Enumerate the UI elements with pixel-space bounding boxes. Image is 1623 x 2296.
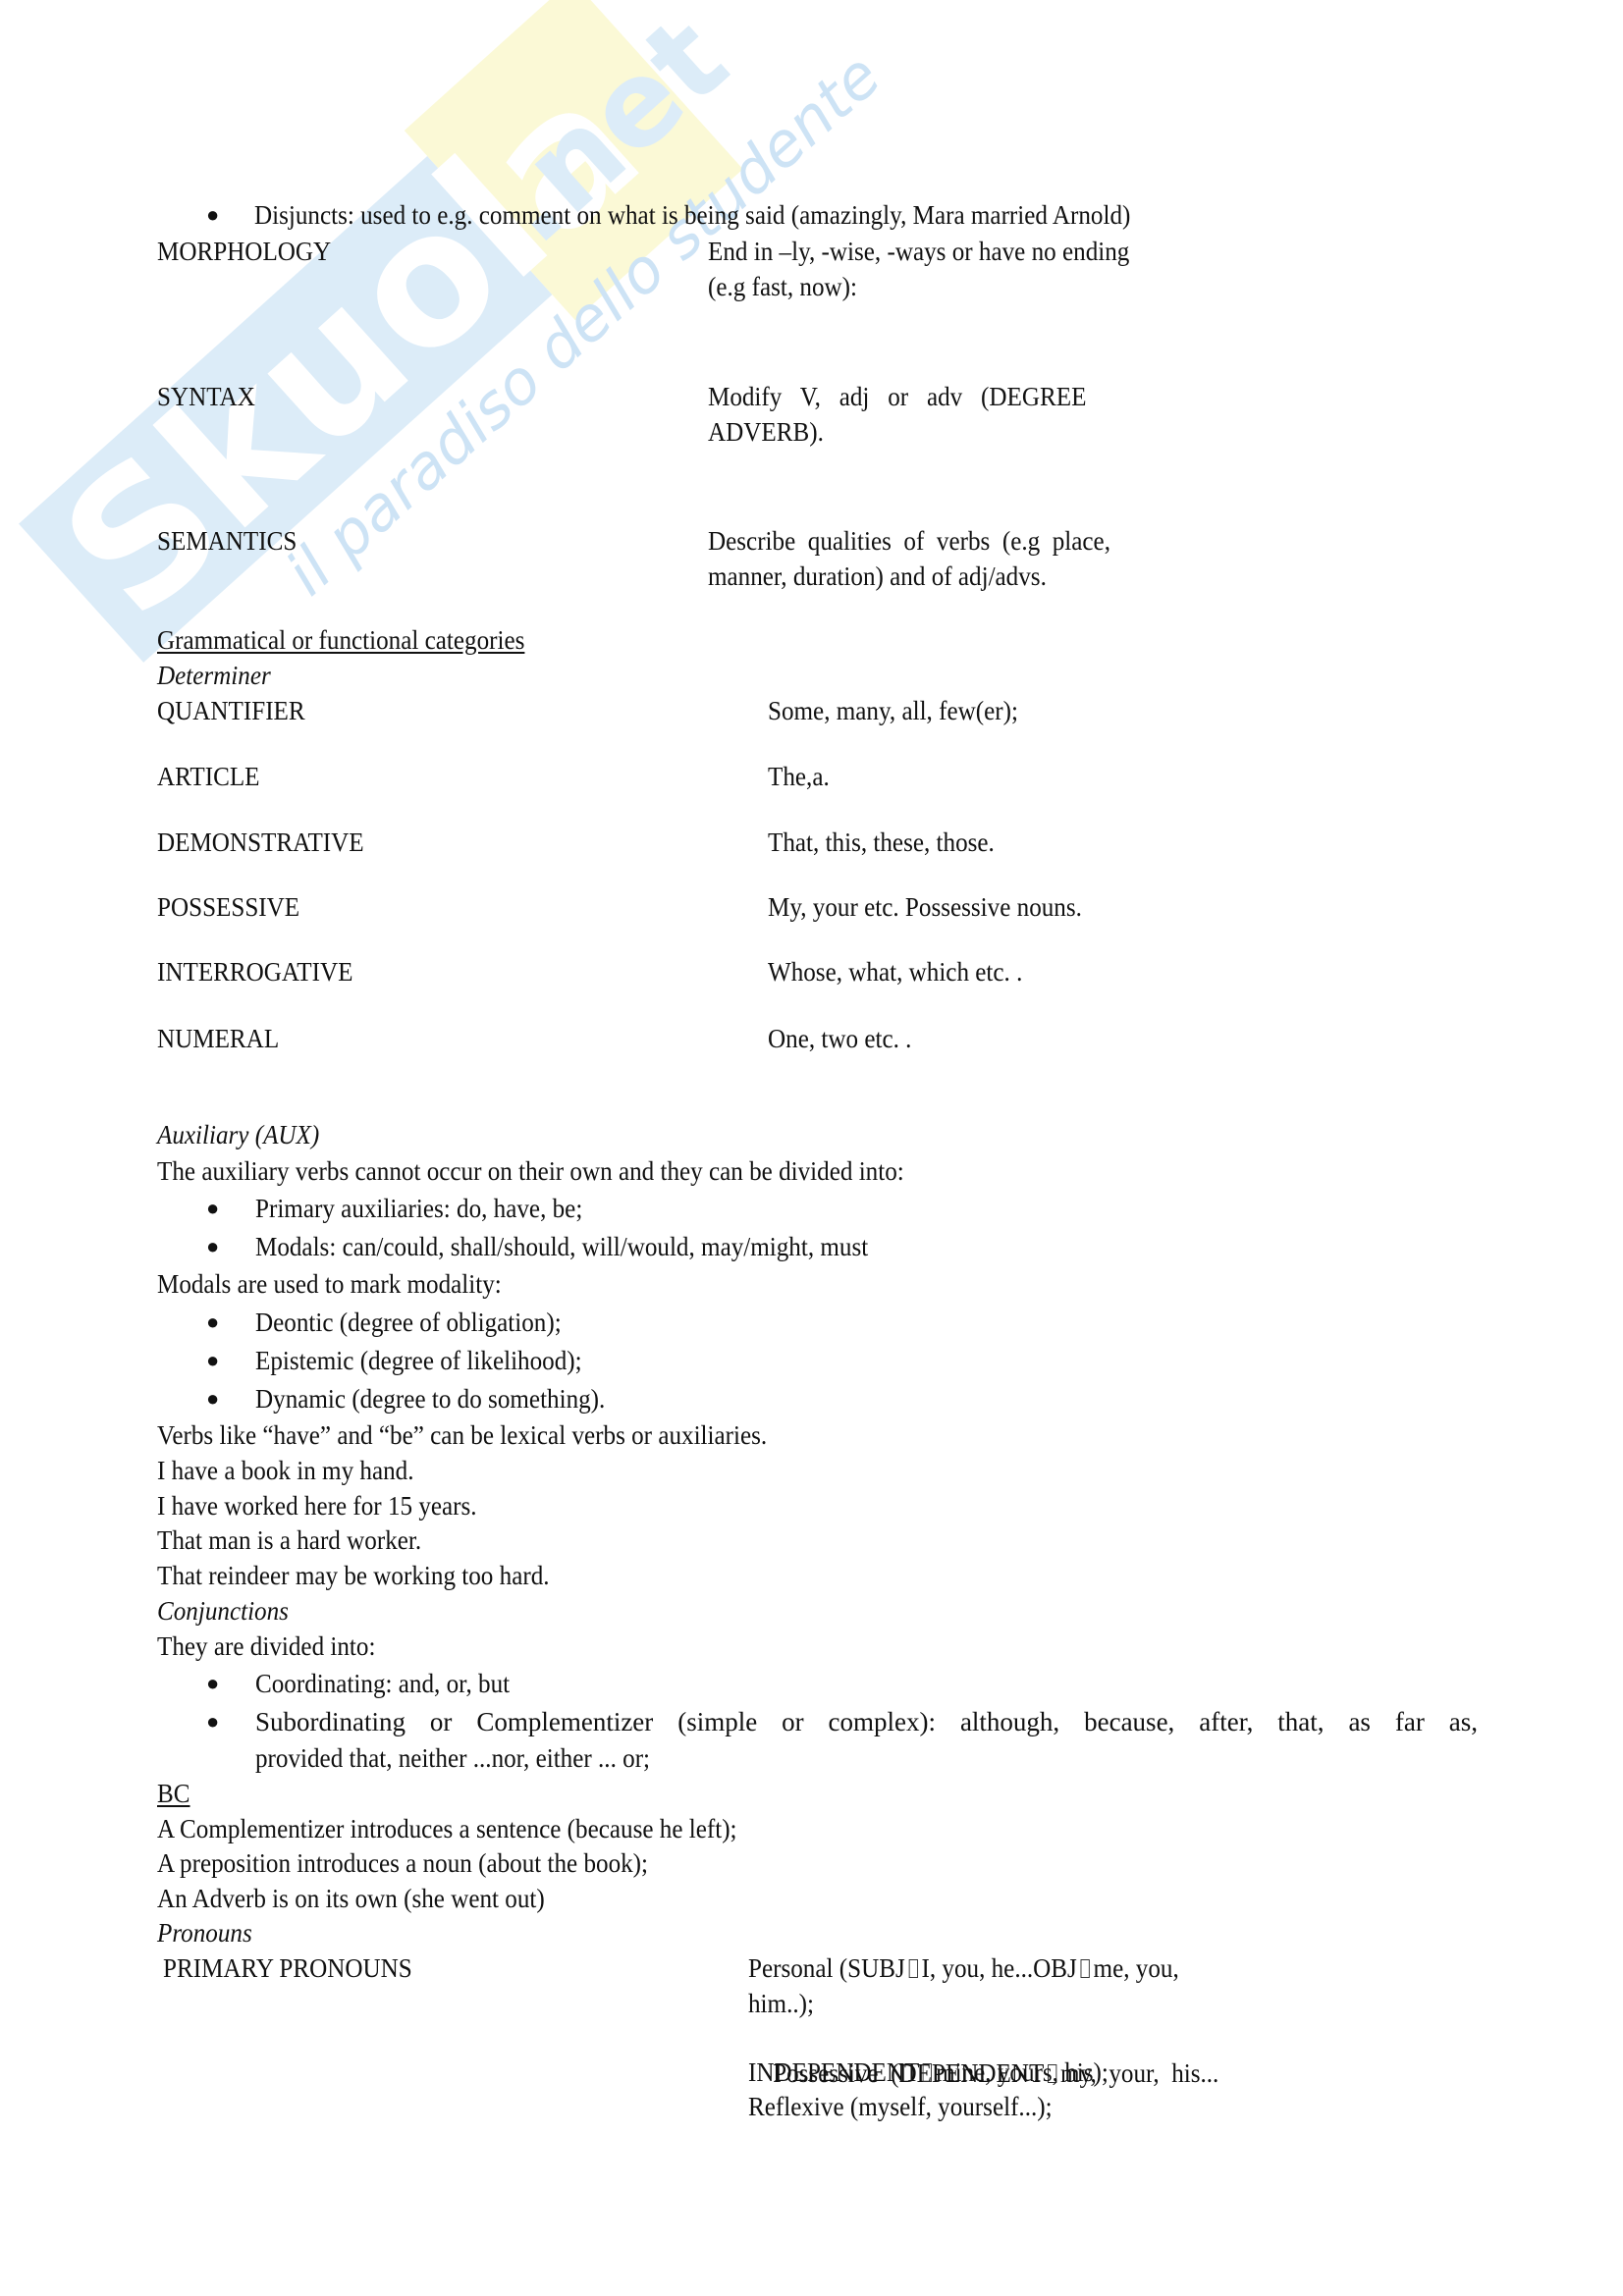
- document-page: Skuola .net il paradiso dello studente ●…: [0, 0, 1623, 2296]
- aux-type-primary: Primary auxiliaries: do, have, be;: [255, 1191, 582, 1226]
- personal-subj-values: I, you, he...OBJ: [921, 1953, 1076, 1983]
- determiner-value-interrogative: Whose, what, which etc. .: [768, 954, 1022, 989]
- determiner-value-quantifier: Some, many, all, few(er);: [768, 693, 1018, 728]
- bc-line-1: A Complementizer introduces a sentence (…: [157, 1811, 737, 1846]
- determiner-value-demonstrative: That, this, these, those.: [768, 825, 995, 860]
- morphology-desc-line2: (e.g fast, now):: [708, 269, 857, 304]
- pronoun-personal-line1: Personal (SUBJI, you, he...OBJme, you,: [748, 1950, 1179, 1986]
- missing-glyph-arrow-icon: [1081, 1959, 1090, 1978]
- aux-note-1: Verbs like “have” and “be” can be lexica…: [157, 1417, 767, 1453]
- bullet-icon: ●: [206, 1381, 219, 1416]
- conjunctions-title: Conjunctions: [157, 1593, 289, 1629]
- modality-dynamic: Dynamic (degree to do something).: [255, 1381, 605, 1416]
- syntax-desc-line2: ADVERB).: [708, 414, 824, 450]
- bullet-icon: ●: [206, 1704, 219, 1739]
- aux-note-4: That man is a hard worker.: [157, 1522, 421, 1558]
- primary-pronouns-label: PRIMARY PRONOUNS: [163, 1950, 412, 1986]
- conjunction-subordinating-line1: Subordinating or Complementizer (simple …: [255, 1704, 1478, 1739]
- determiner-title: Determiner: [157, 658, 271, 693]
- determiner-label-quantifier: QUANTIFIER: [157, 693, 305, 728]
- aux-note-2: I have a book in my hand.: [157, 1453, 414, 1488]
- determiner-label-article: ARTICLE: [157, 759, 260, 794]
- grammatical-heading: Grammatical or functional categories: [157, 622, 524, 658]
- auxiliary-title: Auxiliary (AUX): [157, 1117, 319, 1152]
- bc-line-3: An Adverb is on its own (she went out): [157, 1881, 545, 1916]
- bullet-icon: ●: [206, 1343, 219, 1378]
- pronoun-reflexive: Reflexive (myself, yourself...);: [748, 2089, 1053, 2124]
- conjunction-coordinating: Coordinating: and, or, but: [255, 1666, 510, 1701]
- syntax-desc-line1: Modify V, adj or adv (DEGREE: [708, 379, 1086, 414]
- bc-line-2: A preposition introduces a noun (about t…: [157, 1845, 648, 1881]
- bc-title: BC: [157, 1776, 190, 1811]
- conjunctions-intro: They are divided into:: [157, 1629, 375, 1664]
- bullet-icon: ●: [206, 1191, 219, 1226]
- determiner-label-demonstrative: DEMONSTRATIVE: [157, 825, 364, 860]
- morphology-desc-line1: End in –ly, -wise, -ways or have no endi…: [708, 234, 1129, 269]
- possessive-independent-text: INDEPENDENT: [748, 2057, 919, 2087]
- semantics-label: SEMANTICS: [157, 523, 297, 559]
- pronouns-title: Pronouns: [157, 1915, 252, 1950]
- aux-note-5: That reindeer may be working too hard.: [157, 1558, 550, 1593]
- modality-intro: Modals are used to mark modality:: [157, 1266, 502, 1302]
- conjunction-subordinating-line2: provided that, neither ...nor, either ..…: [255, 1740, 650, 1776]
- missing-glyph-arrow-icon: [908, 1959, 917, 1978]
- semantics-desc-line2: manner, duration) and of adj/advs.: [708, 559, 1047, 594]
- determiner-label-interrogative: INTERROGATIVE: [157, 954, 352, 989]
- bullet-icon: ●: [206, 1229, 219, 1264]
- personal-subj-text: Personal (SUBJ: [748, 1953, 905, 1983]
- disjuncts-bullet-text: Disjuncts: used to e.g. comment on what …: [254, 197, 1130, 233]
- morphology-label: MORPHOLOGY: [157, 234, 331, 269]
- determiner-label-possessive: POSSESSIVE: [157, 889, 299, 925]
- determiner-label-numeral: NUMERAL: [157, 1021, 279, 1056]
- personal-obj-values: me, you,: [1094, 1953, 1179, 1983]
- pronoun-personal-line2: him..);: [748, 1986, 814, 2021]
- determiner-value-numeral: One, two etc. .: [768, 1021, 911, 1056]
- bullet-icon: ●: [206, 1666, 219, 1701]
- determiner-value-possessive: My, your etc. Possessive nouns.: [768, 889, 1082, 925]
- determiner-value-article: The,a.: [768, 759, 830, 794]
- auxiliary-intro: The auxiliary verbs cannot occur on thei…: [157, 1153, 904, 1189]
- bullet-icon: ●: [206, 1305, 219, 1340]
- watermark-brand: Skuola: [24, 38, 678, 658]
- syntax-label: SYNTAX: [157, 379, 255, 414]
- semantics-desc-line1: Describe qualities of verbs (e.g place,: [708, 523, 1110, 559]
- modality-deontic: Deontic (degree of obligation);: [255, 1305, 562, 1340]
- aux-note-3: I have worked here for 15 years.: [157, 1488, 477, 1523]
- aux-type-modals: Modals: can/could, shall/should, will/wo…: [255, 1229, 868, 1264]
- missing-glyph-arrow-icon: [923, 2063, 932, 2082]
- pronoun-possessive-line2: INDEPENDENTmine, yours, his);: [748, 2055, 1109, 2090]
- possessive-independent-values: mine, yours, his);: [936, 2057, 1109, 2087]
- modality-epistemic: Epistemic (degree of likelihood);: [255, 1343, 582, 1378]
- bullet-icon: ●: [206, 197, 219, 233]
